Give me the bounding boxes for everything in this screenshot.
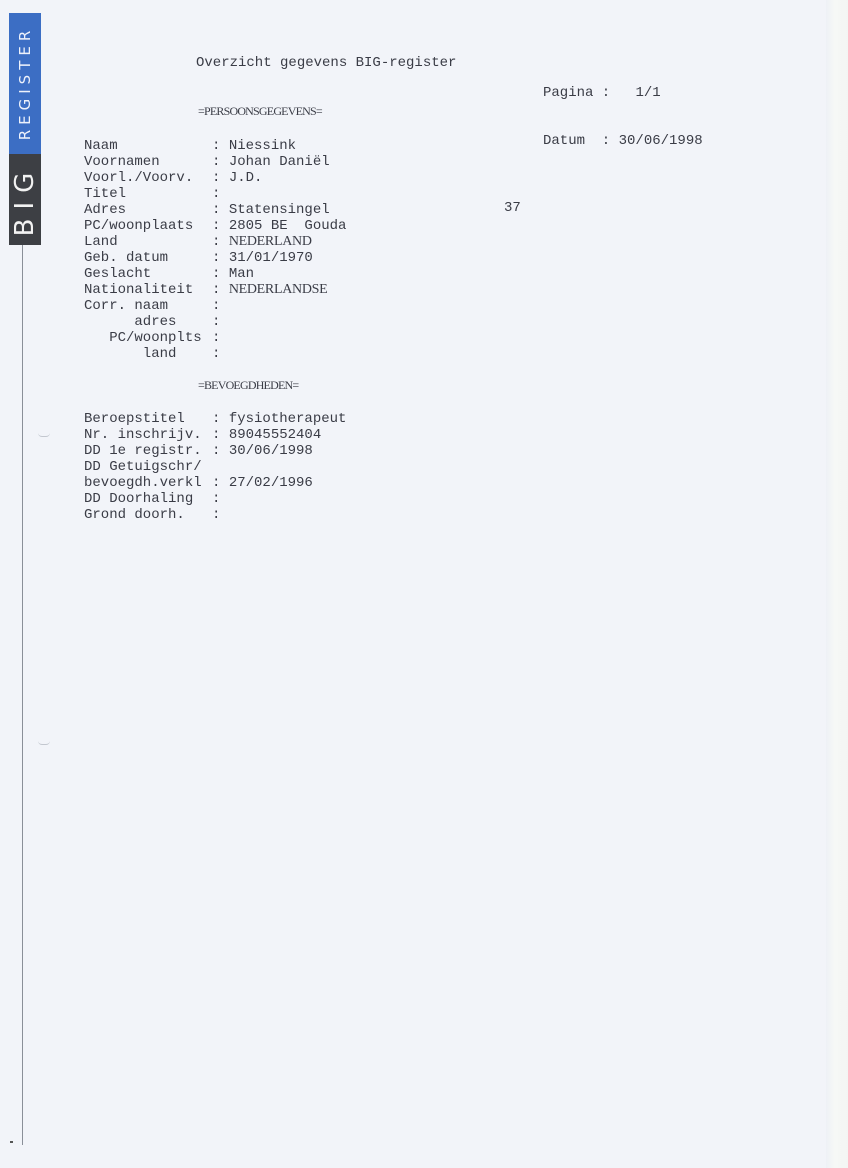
page-number-line: Pagina : 1/1 [543,85,703,101]
scan-mark [38,741,50,745]
field-row: Voorl./Voorv.: J.D. [84,170,346,186]
page-meta: Pagina : 1/1 Datum : 30/06/1998 [543,53,703,165]
date-label: Datum : [543,133,610,149]
field-separator: : [212,427,229,443]
field-value: fysiotherapeut [229,411,347,427]
section-heading-personal: =PERSOONSGEGEVENS= [198,104,322,119]
logo-word-big: BIG [10,164,40,237]
field-label: Corr. naam [84,298,212,314]
field-row: Grond doorh.: [84,507,346,523]
field-label: bevoegdh.verkl [84,475,212,491]
field-label: Geb. datum [84,250,212,266]
scan-mark [38,433,50,437]
house-number: 37 [504,200,521,216]
field-value: 2805 BE Gouda [229,218,347,234]
field-label: DD Getuigschr/ [84,459,212,475]
field-row: PC/woonplts: [84,330,346,346]
field-separator: : [212,218,229,234]
field-label: PC/woonplaats [84,218,212,234]
field-label: Land [84,234,212,250]
field-value: Statensingel [229,202,330,218]
field-separator: : [212,138,229,154]
field-separator: : [212,170,229,186]
field-row: Naam: Niessink [84,138,346,154]
left-margin-rule [22,240,23,1145]
field-label: DD Doorhaling [84,491,212,507]
field-separator: : [212,250,229,266]
field-label: PC/woonplts [84,330,212,346]
field-row: Nationaliteit: NEDERLANDSE [84,282,346,298]
field-label: land [84,346,212,362]
field-value: NEDERLANDSE [229,282,328,298]
field-row: DD 1e registr.: 30/06/1998 [84,443,346,459]
field-label: Nationaliteit [84,282,212,298]
field-label: Voorl./Voorv. [84,170,212,186]
field-row: adres: [84,314,346,330]
field-label: Beroepstitel [84,411,212,427]
field-row: Geb. datum: 31/01/1970 [84,250,346,266]
field-row: land: [84,346,346,362]
field-value: Niessink [229,138,296,154]
field-value: 27/02/1996 [229,475,313,491]
field-row: Adres: Statensingel [84,202,346,218]
field-separator: : [212,443,229,459]
section-heading-authorities: =BEVOEGDHEDEN= [198,378,298,393]
scan-dot [10,1141,13,1143]
field-row: DD Getuigschr/ [84,459,346,475]
field-separator: : [212,475,229,491]
field-label: adres [84,314,212,330]
document-title: Overzicht gegevens BIG-register [196,55,456,71]
field-label: Titel [84,186,212,202]
field-value: 30/06/1998 [229,443,313,459]
big-register-logo: REGISTER BIG [9,13,41,245]
field-separator: : [212,314,229,330]
field-separator: : [212,330,220,346]
field-row: Nr. inschrijv.: 89045552404 [84,427,346,443]
field-label: DD 1e registr. [84,443,212,459]
field-value: 31/01/1970 [229,250,313,266]
field-row: Corr. naam: [84,298,346,314]
field-row: Geslacht: Man [84,266,346,282]
authorities-list: Beroepstitel: fysiotherapeutNr. inschrij… [84,411,346,523]
field-separator: : [212,411,229,427]
field-row: Land: NEDERLAND [84,234,346,250]
page-label: Pagina : [543,85,610,101]
field-separator: : [212,491,229,507]
field-row: Beroepstitel: fysiotherapeut [84,411,346,427]
logo-word-register: REGISTER [16,26,34,141]
field-label: Geslacht [84,266,212,282]
page-value: 1/1 [635,85,660,101]
field-separator: : [212,346,229,362]
field-separator: : [212,298,229,314]
field-row: PC/woonplaats: 2805 BE Gouda [84,218,346,234]
field-row: bevoegdh.verkl: 27/02/1996 [84,475,346,491]
field-separator: : [212,507,229,523]
field-value: Johan Daniël [229,154,330,170]
field-label: Nr. inschrijv. [84,427,212,443]
date-value: 30/06/1998 [619,133,703,149]
field-separator: : [212,154,229,170]
field-separator: : [212,266,229,282]
field-row: Titel: [84,186,346,202]
field-separator: : [212,282,229,298]
field-value: J.D. [229,170,263,186]
field-label: Adres [84,202,212,218]
field-separator: : [212,234,229,250]
field-value: Man [229,266,254,282]
field-separator: : [212,202,229,218]
field-row: Voornamen: Johan Daniël [84,154,346,170]
field-label: Naam [84,138,212,154]
scan-page-edge [826,0,848,1168]
field-separator: : [212,186,229,202]
personal-details-list: Naam: NiessinkVoornamen: Johan DaniëlVoo… [84,138,346,362]
field-value: NEDERLAND [229,234,312,250]
field-row: DD Doorhaling: [84,491,346,507]
field-label: Voornamen [84,154,212,170]
field-value: 89045552404 [229,427,321,443]
field-label: Grond doorh. [84,507,212,523]
date-line: Datum : 30/06/1998 [543,133,703,149]
